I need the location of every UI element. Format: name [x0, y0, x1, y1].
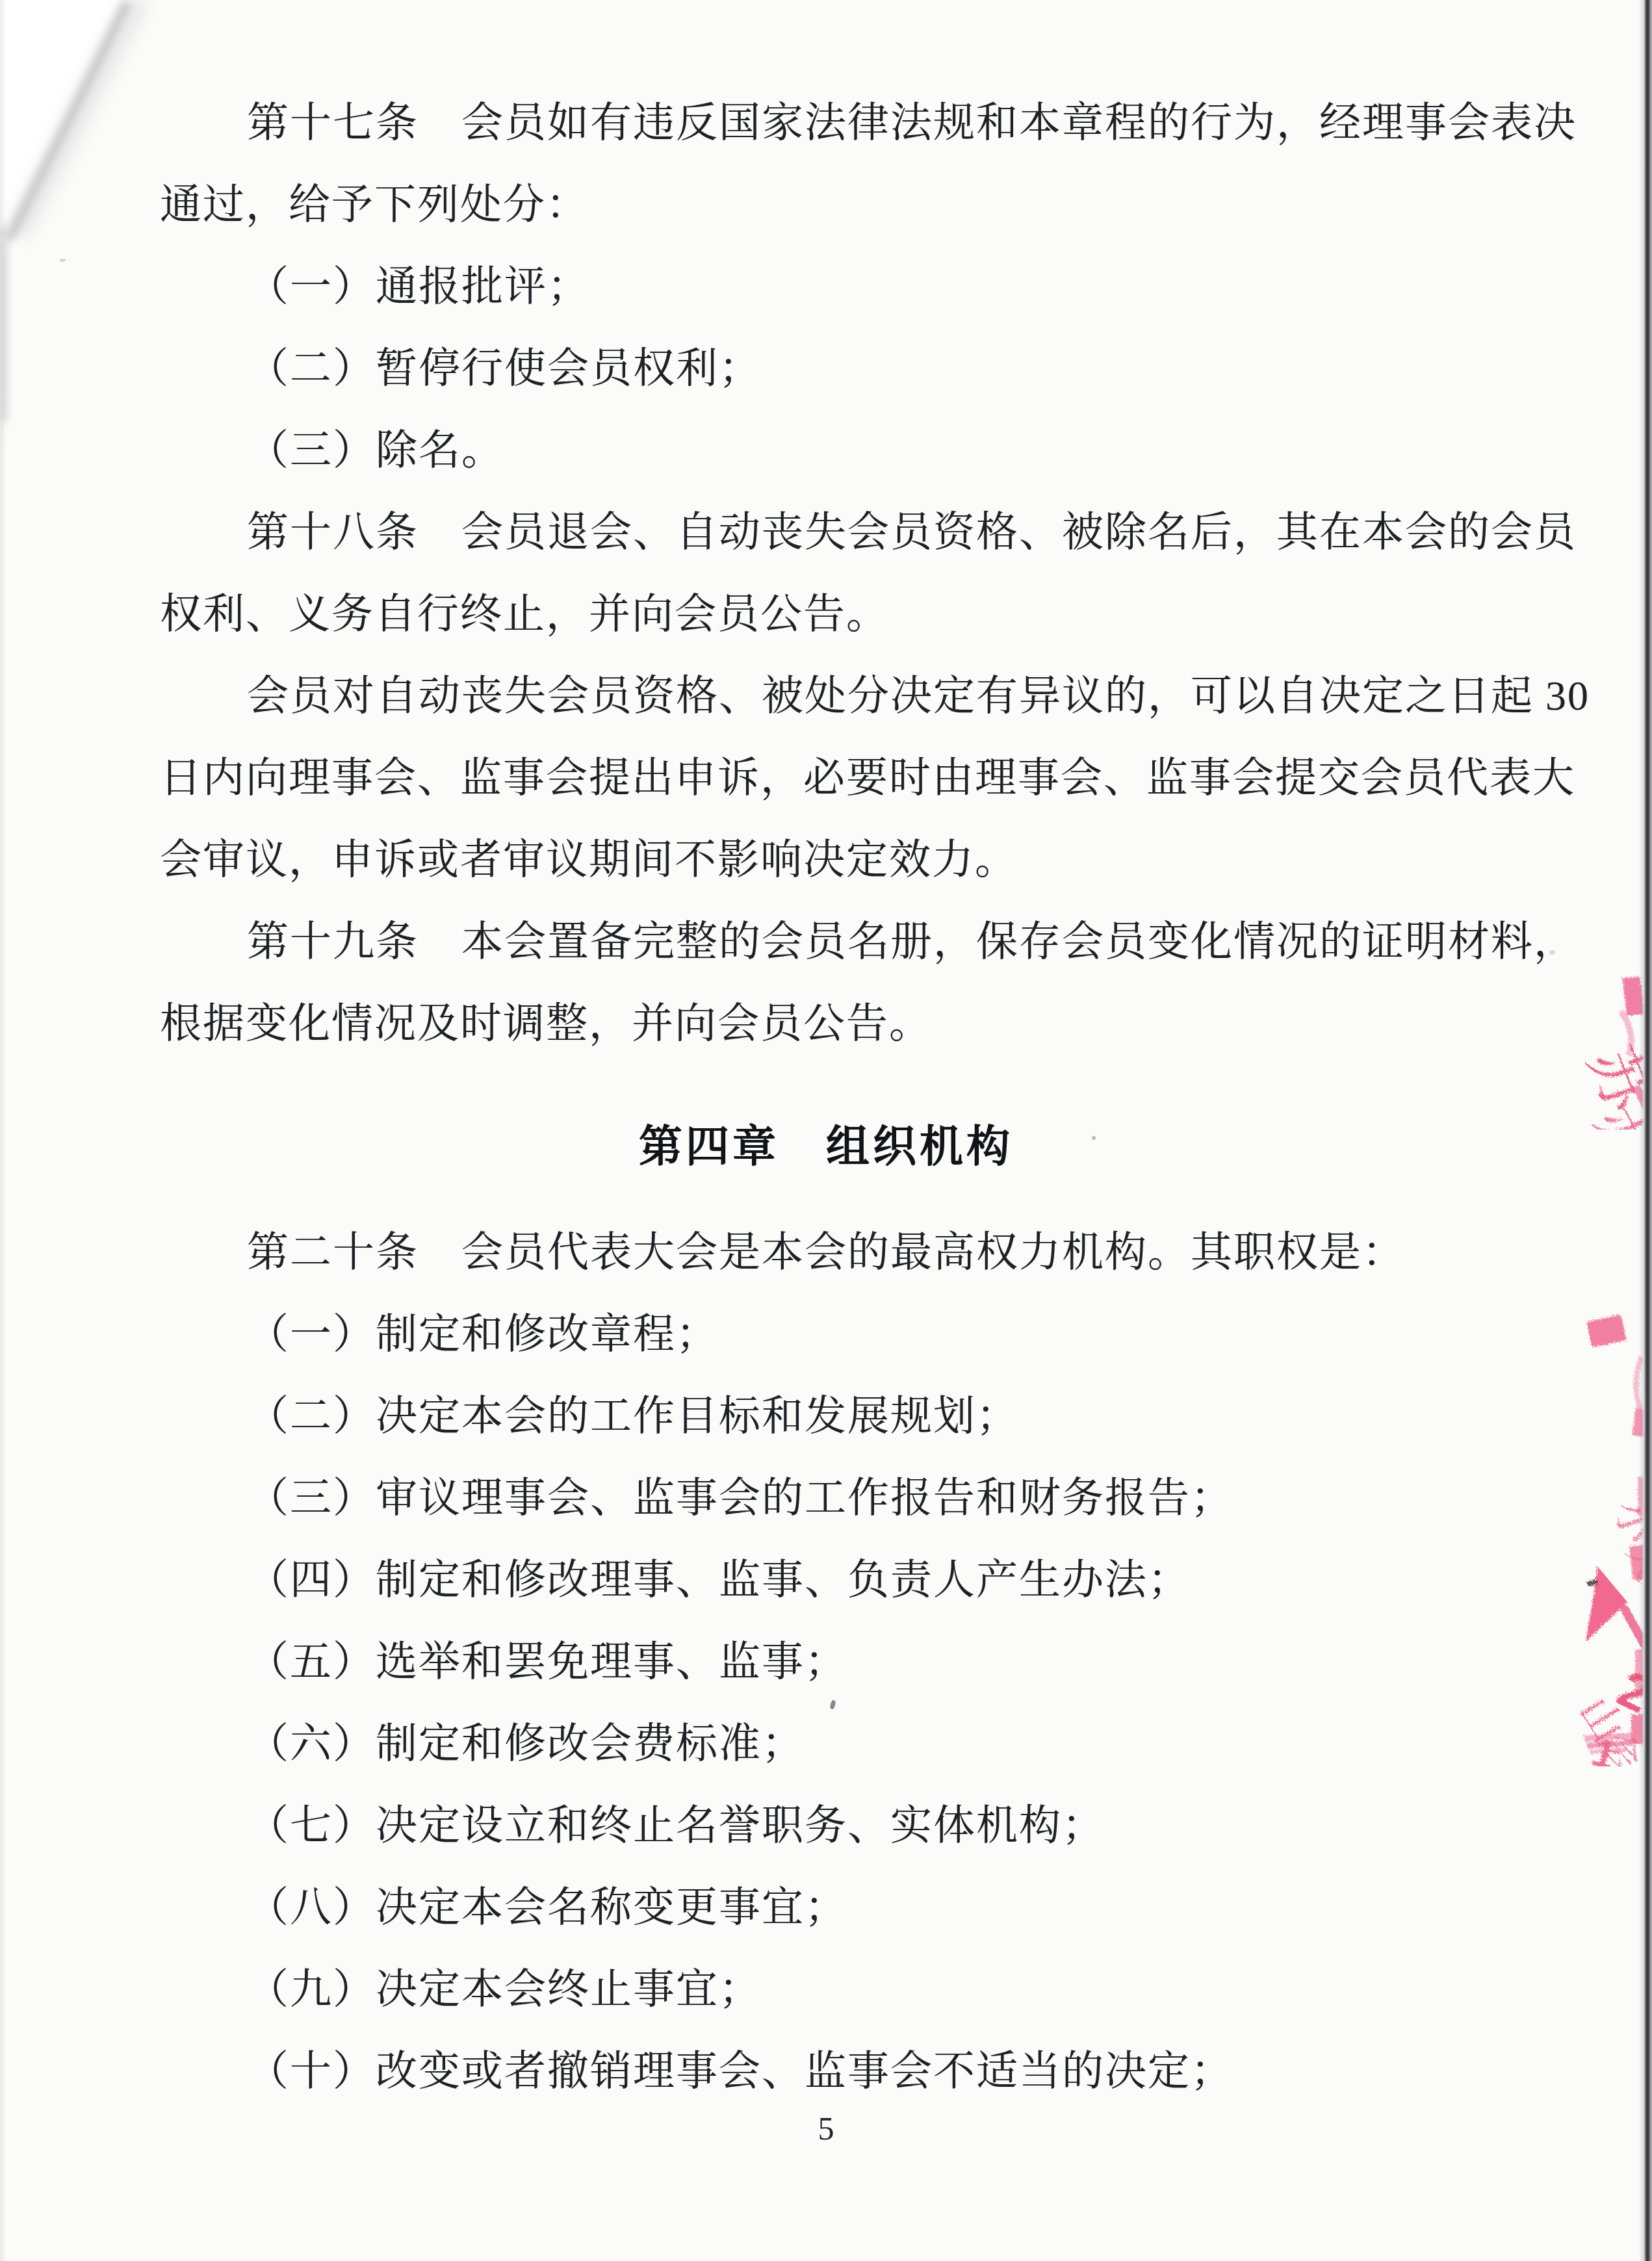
list-item: （一）通报批评； — [160, 246, 1492, 328]
list-item: （四）制定和修改理事、监事、负责人产生办法； — [160, 1539, 1492, 1621]
list-item: （八）决定本会名称变更事宜； — [160, 1867, 1492, 1948]
article-17-line: 第十七条 会员如有违反国家法律法规和本章程的行为，经理事会表决 — [160, 82, 1492, 164]
paper-speck — [1092, 1136, 1096, 1140]
doc-line: 通过，给予下列处分： — [160, 164, 1492, 246]
list-item: （六）制定和修改会费标准； — [160, 1703, 1492, 1785]
doc-line: 会员对自动丧失会员资格、被处分决定有异议的，可以自决定之日起 30 — [160, 655, 1492, 737]
article-19-line: 第十九条 本会置备完整的会员名册，保存会员变化情况的证明材料， — [160, 901, 1492, 983]
list-item: （二）暂停行使会员权利； — [160, 328, 1492, 409]
chapter-4-heading: 第四章 组织机构 — [160, 1106, 1492, 1188]
red-seal-fragment-bottom: 小 人 山 会 2 1 — [1558, 1311, 1652, 1766]
article-20-line: 第二十条 会员代表大会是本会的最高权力机构。其职权是： — [160, 1211, 1492, 1293]
scan-edge-right — [1639, 0, 1652, 2261]
doc-line: 会审议，申诉或者审议期间不影响决定效力。 — [160, 819, 1492, 901]
list-item: （一）制定和修改章程； — [160, 1293, 1492, 1375]
list-item: （九）决定本会终止事宜； — [160, 1948, 1492, 2030]
list-item: （七）决定设立和终止名誉职务、实体机构； — [160, 1785, 1492, 1867]
page-number: 5 — [0, 2110, 1652, 2147]
paper-speck — [60, 259, 66, 262]
doc-line: 日内向理事会、监事会提出申诉，必要时由理事会、监事会提交会员代表大 — [160, 737, 1492, 819]
doc-line: 权利、义务自行终止，并向会员公告。 — [160, 573, 1492, 655]
article-18-line: 第十八条 会员退会、自动丧失会员资格、被除名后，其在本会的会员 — [160, 491, 1492, 573]
scan-edge-left — [0, 0, 6, 2261]
document-text: 第十七条 会员如有违反国家法律法规和本章程的行为，经理事会表决 通过，给予下列处… — [160, 0, 1492, 2112]
list-item: （三）除名。 — [160, 409, 1492, 491]
list-item: （五）选举和罢免理事、监事； — [160, 1621, 1492, 1703]
list-item: （十）改变或者撤销理事会、监事会不适当的决定； — [160, 2030, 1492, 2112]
scanned-document-page: 第十七条 会员如有违反国家法律法规和本章程的行为，经理事会表决 通过，给予下列处… — [0, 0, 1652, 2261]
doc-line: 根据变化情况及时调整，并向会员公告。 — [160, 983, 1492, 1065]
paper-speck — [1549, 950, 1555, 955]
list-item: （三）审议理事会、监事会的工作报告和财务报告； — [160, 1457, 1492, 1539]
list-item: （二）决定本会的工作目标和发展规划； — [160, 1375, 1492, 1457]
